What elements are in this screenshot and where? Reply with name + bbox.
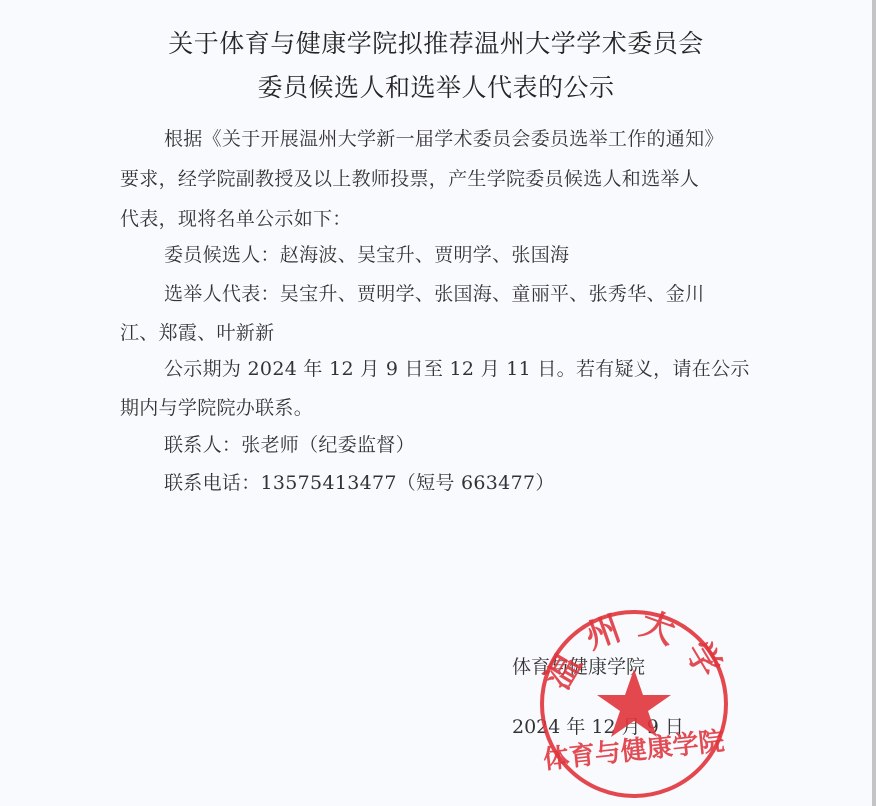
electors-line2: 江、郑霞、叶新新 xyxy=(120,318,274,345)
official-seal-icon: 温州大学 体育与健康学院 xyxy=(537,607,731,801)
period-line1: 公示期为 2024 年 12 月 9 日至 12 月 11 日。若有疑义，请在公… xyxy=(164,354,750,381)
contact-person: 联系人：张老师（纪委监督） xyxy=(164,430,415,457)
intro-paragraph-line2: 要求，经学院副教授及以上教师投票，产生学院委员候选人和选举人 xyxy=(120,164,699,191)
period-line2: 期内与学院院办联系。 xyxy=(120,393,313,420)
document-title-line2: 委员候选人和选举人代表的公示 xyxy=(0,68,872,104)
document-page: 关于体育与健康学院拟推荐温州大学学术委员会 委员候选人和选举人代表的公示 根据《… xyxy=(0,0,872,806)
document-title-line1: 关于体育与健康学院拟推荐温州大学学术委员会 xyxy=(0,24,872,60)
electors-line1: 选举人代表：吴宝升、贾明学、张国海、童丽平、张秀华、金川 xyxy=(164,279,704,306)
page-edge xyxy=(872,0,876,806)
intro-paragraph-line3: 代表，现将名单公示如下： xyxy=(120,204,352,231)
candidates-line: 委员候选人：赵海波、吴宝升、贾明学、张国海 xyxy=(164,240,569,267)
intro-paragraph-line1: 根据《关于开展温州大学新一届学术委员会委员选举工作的通知》 xyxy=(164,124,724,151)
contact-phone: 联系电话：13575413477（短号 663477） xyxy=(164,468,555,495)
